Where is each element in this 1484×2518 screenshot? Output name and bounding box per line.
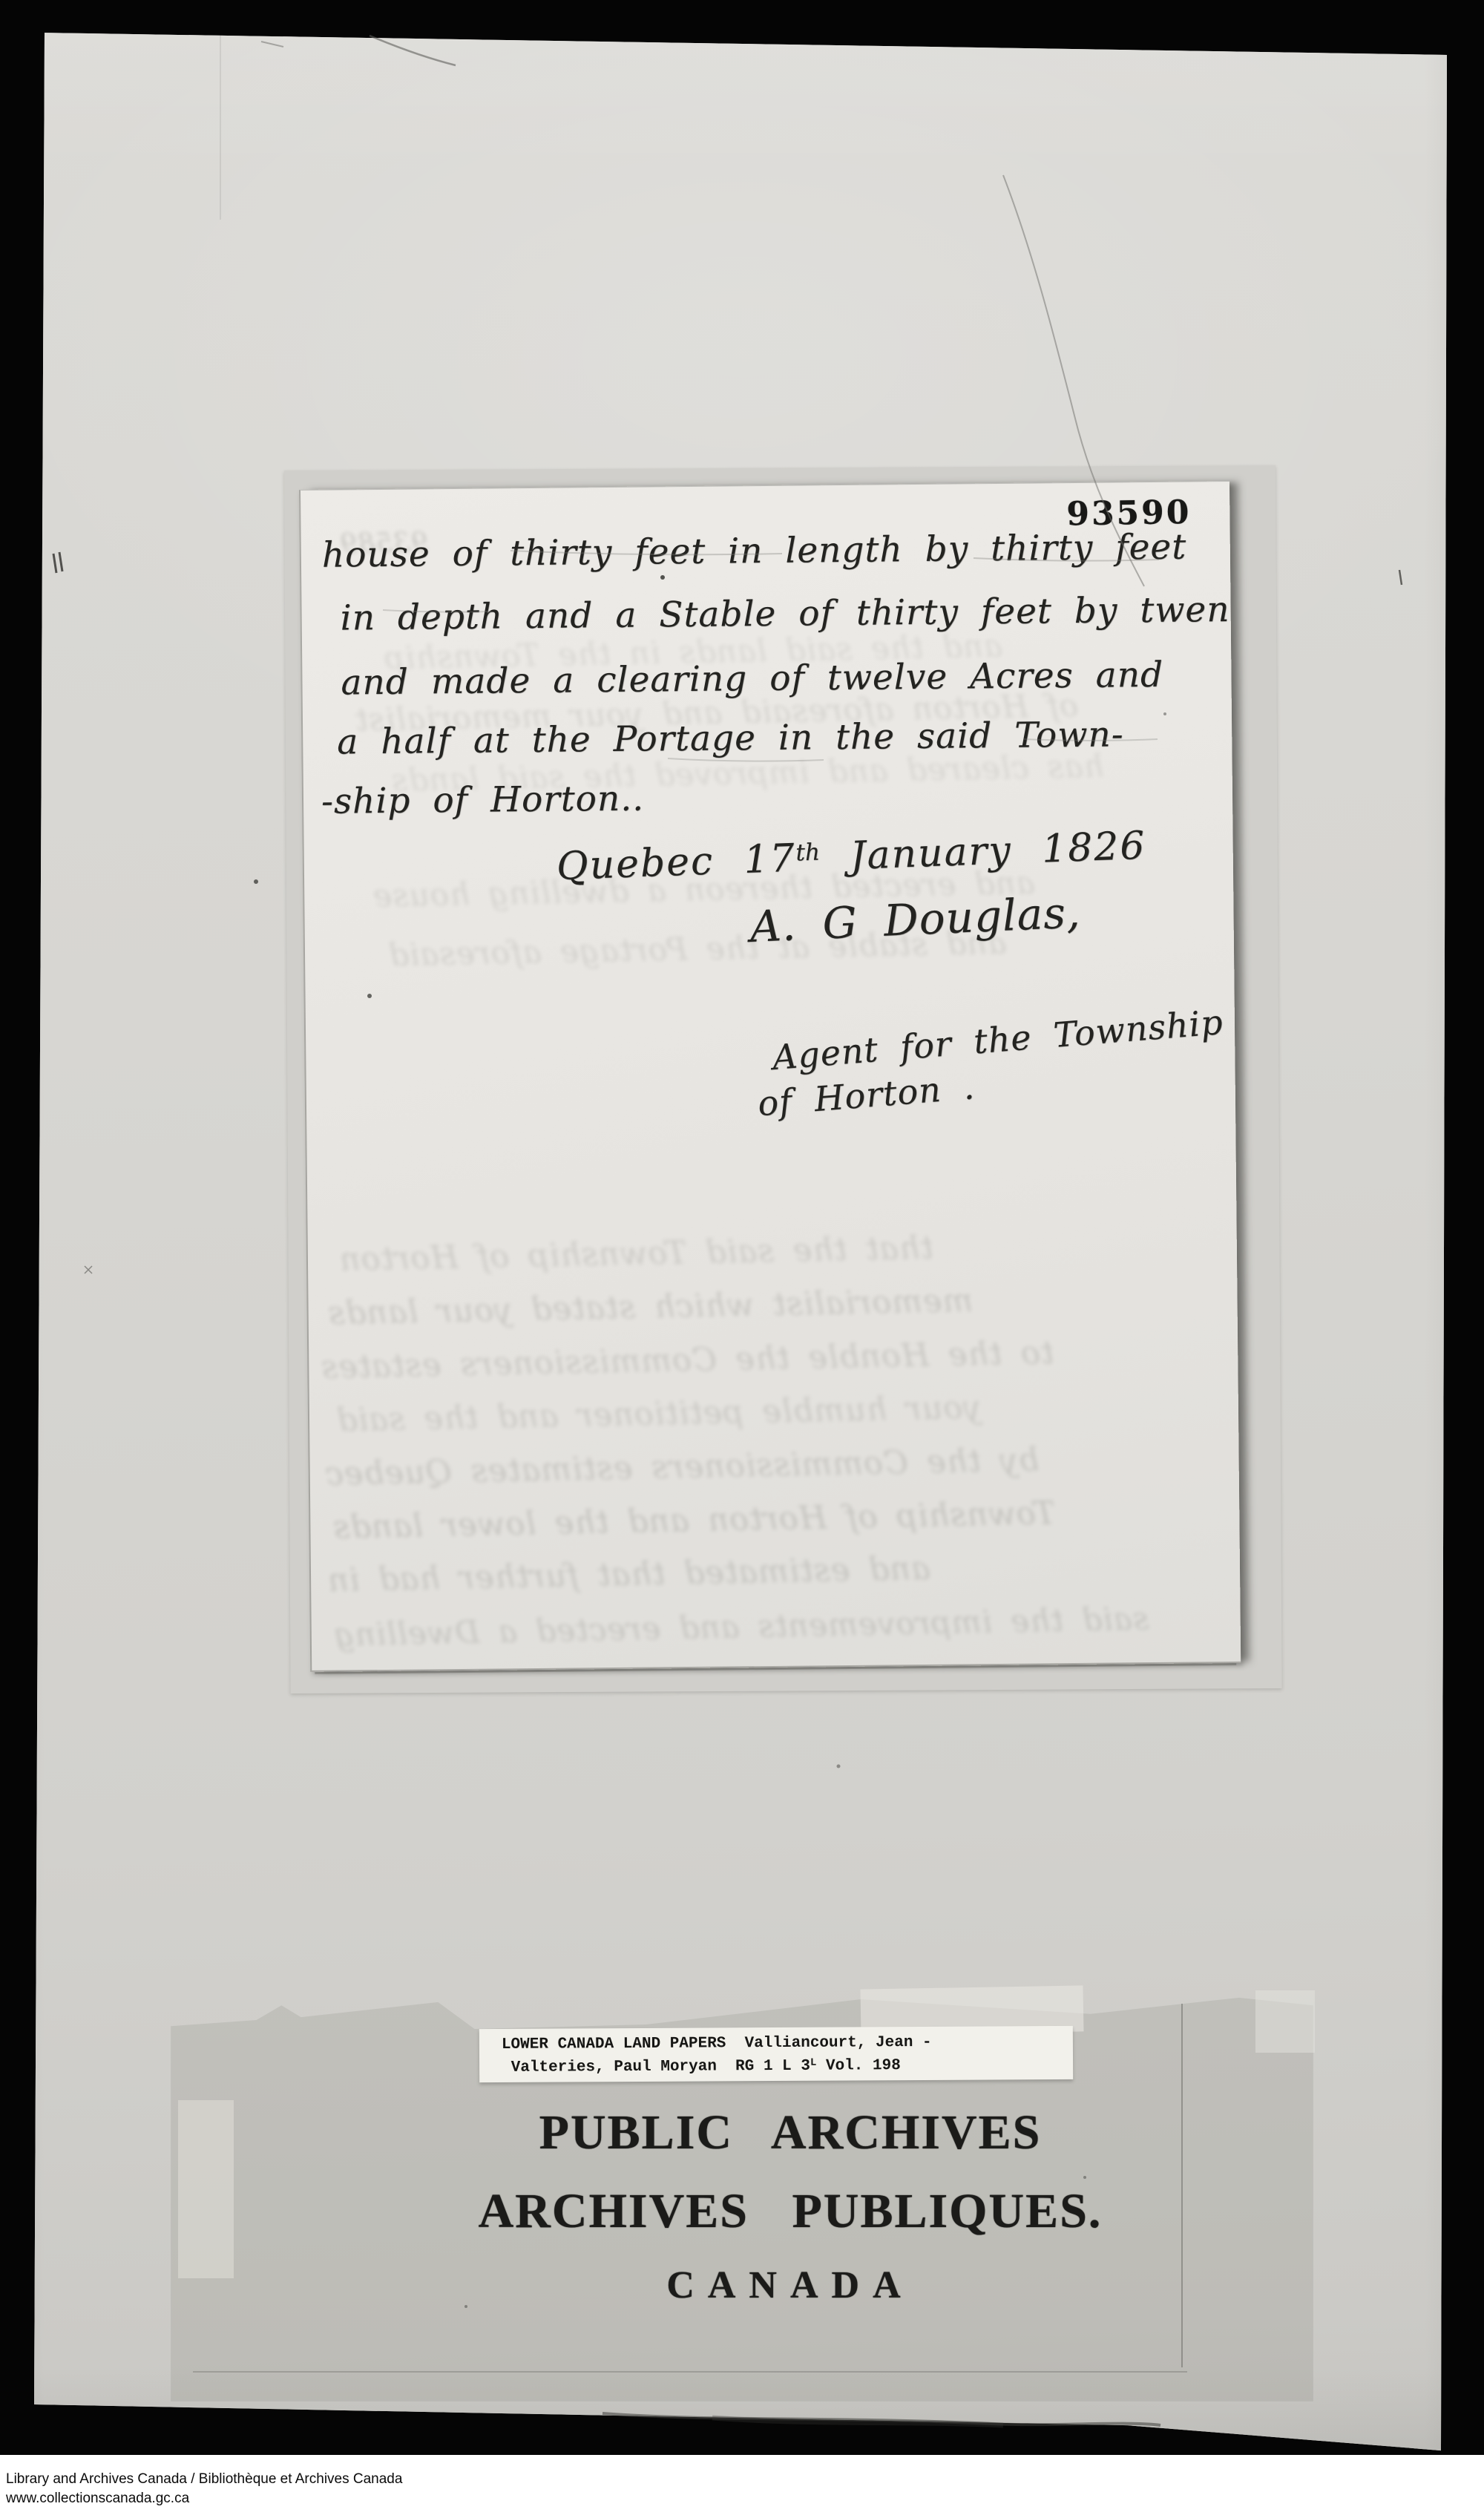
scanned-archive-image: { "colors": { "photo_background": "#0505… (0, 0, 1484, 2518)
handwriting-line-4: a half at the Portage in the said Town- (337, 714, 1124, 762)
public-archives-title-fr: ARCHIVES PUBLIQUES. (319, 2183, 1261, 2240)
reference-label-line-2-rest: Vol. 198 (816, 2057, 901, 2075)
reference-label-strip: LOWER CANADA LAND PAPERS Valliancourt, J… (479, 2026, 1073, 2082)
public-archives-title-canada: CANADA (319, 2263, 1261, 2307)
reference-label-line-2: Valteries, Paul Moryan RG 1 L 3 (502, 2058, 810, 2076)
handwriting-line-3: and made a clearing of twelve Acres and (341, 655, 1163, 704)
reference-label-text: LOWER CANADA LAND PAPERS Valliancourt, J… (502, 2033, 932, 2078)
footer-text: Library and Archives Canada / Bibliothèq… (6, 2470, 402, 2508)
bleedthrough-ghost-line: that the said Township of Horton (338, 1230, 933, 1279)
dateline-ordinal-suffix: th (795, 839, 821, 866)
card-edge (193, 2371, 1187, 2373)
public-archives-title-en: PUBLIC ARCHIVES (319, 2105, 1261, 2161)
handwriting-line-2: in depth and a Stable of thirty feet by … (340, 588, 1241, 638)
bleedthrough-ghost-line: your humble petitioner and the said (336, 1389, 982, 1439)
signature-role-line-1: Agent for the Township (771, 1002, 1224, 1078)
tape-fragment (1255, 1990, 1315, 2053)
tape-fragment (178, 2100, 234, 2278)
bleedthrough-ghost-line: said the improvements and erected a Dwel… (333, 1600, 1149, 1653)
dateline-text: Quebec 17 (556, 836, 797, 890)
paper-crease (220, 34, 221, 220)
bleedthrough-ghost-line: to the Honble the Commissioners estates (321, 1334, 1054, 1386)
handwriting-line-5: -ship of Horton.. (321, 778, 645, 822)
dateline-text-rest: January 1826 (819, 824, 1146, 880)
footer-line-institution: Library and Archives Canada / Bibliothèq… (6, 2470, 402, 2489)
handwriting-line-1: house of thirty feet in length by thirty… (322, 527, 1187, 576)
bleedthrough-ghost-line: and estimated that further had in (327, 1550, 931, 1599)
bleedthrough-ghost-line: by the Commissioners estimates Quebec (324, 1441, 1040, 1492)
document-page: 93589 and the said lands in the Township… (299, 481, 1241, 1672)
bleedthrough-ghost-line: memorialist which stated your lands (327, 1282, 974, 1332)
footer-bar: Library and Archives Canada / Bibliothèq… (0, 2455, 1484, 2518)
reference-label-line-1: LOWER CANADA LAND PAPERS Valliancourt, J… (502, 2034, 932, 2053)
bleedthrough-ghost-line: Township of Horton and the lower lands (332, 1495, 1056, 1547)
footer-line-url: www.collectionscanada.gc.ca (6, 2489, 402, 2508)
